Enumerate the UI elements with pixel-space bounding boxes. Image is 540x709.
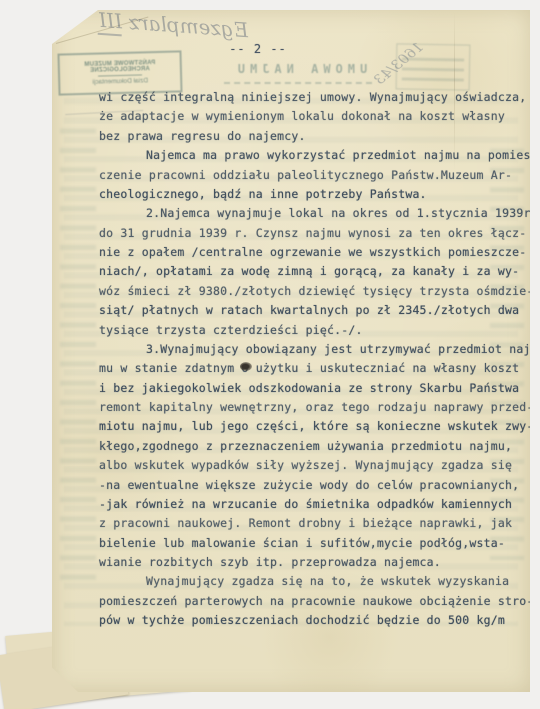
document-line: do 31 grudnia 1939 r. Czynsz najmu wynos… <box>99 224 523 243</box>
document-line: i bez jakiegokolwiek odszkodowania ze st… <box>99 379 523 398</box>
document-line: -jak również na wrzucanie do śmietnika o… <box>99 495 523 514</box>
handwriting-word: Egzemplarz <box>128 10 249 42</box>
document-line: 2.Najemca wynajmuje lokal na okres od 1.… <box>99 204 523 223</box>
page-number: -- 2 -- <box>222 42 294 56</box>
document-line: pów w tychże pomieszczeniach dochodzić b… <box>99 611 523 630</box>
document-line: z pracowni naukowej. Remont drobny i bie… <box>99 514 523 533</box>
document-page: Egzemplarz III PAŃSTWOWE MUZEUM ARCHEOLO… <box>52 10 530 692</box>
document-line: kłego,zgodnego z przeznaczeniem używania… <box>99 437 523 456</box>
document-line: -na ewentualne większe zużycie wody do c… <box>99 476 523 495</box>
document-line: cheologicznego, bądź na inne potrzeby Pa… <box>99 185 523 204</box>
document-line: Wynajmujący zgadza się na to, że wskutek… <box>99 572 523 591</box>
document-line: niach/, opłatami za wodę zimną i gorącą,… <box>99 262 523 281</box>
document-line: pomieszczeń parterowych na pracownie nau… <box>99 592 523 611</box>
stamp-line-1: PAŃSTWOWE MUZEUM ARCHEOLOGICZNE <box>60 59 180 74</box>
document-line: czenie pracowni oddziału paleolitycznego… <box>99 166 523 185</box>
ink-blotch <box>240 362 252 371</box>
document-line: tysiące trzysta czterdzieści pięć.-/. <box>99 321 523 340</box>
bleed-through-texture <box>60 120 96 590</box>
mirrored-title-underline <box>224 82 372 84</box>
document-line: że adaptacje w wymienionym lokalu dokona… <box>99 107 523 126</box>
document-line: albo wskutek wypadków siły wyższej. Wyna… <box>99 456 523 475</box>
document-line: remont kapitalny wewnętrzny, oraz tego r… <box>99 398 523 417</box>
mirrored-contract-title: UMOWA NAJMU <box>220 62 380 76</box>
document-line: wi część integralną niniejszej umowy. Wy… <box>99 88 523 107</box>
document-line: miotu najmu, lub jego części, które są k… <box>99 417 523 436</box>
document-line: Najemca ma prawo wykorzystać przedmiot n… <box>99 146 523 165</box>
document-body: wi część integralną niniejszej umowy. Wy… <box>99 88 523 631</box>
scanned-document: Egzemplarz III PAŃSTWOWE MUZEUM ARCHEOLO… <box>0 0 540 709</box>
document-line: nie z opałem /centralne ogrzewanie we ws… <box>99 243 523 262</box>
document-line: bez prawa regresu do najemcy. <box>99 127 523 146</box>
document-line: 3.Wynajmujący obowiązany jest utrzymywać… <box>99 340 523 359</box>
document-line: wianie rozbitych szyb itp. przeprowadza … <box>99 553 523 572</box>
handwriting-numeral: III <box>98 8 124 37</box>
document-line: wóz śmieci zł 9380./złotych dziewięć tys… <box>99 282 523 301</box>
document-line: mu w stanie zdatnym o użytku i uskuteczn… <box>99 359 523 378</box>
document-line: bielenie lub malowanie ścian i sufitów,m… <box>99 534 523 553</box>
stamp-divider <box>98 74 142 76</box>
document-line: siąt/ płatnych w ratach kwartalnych po z… <box>99 301 523 320</box>
stamp-line-2: Dział Dokumentacji <box>92 77 148 85</box>
